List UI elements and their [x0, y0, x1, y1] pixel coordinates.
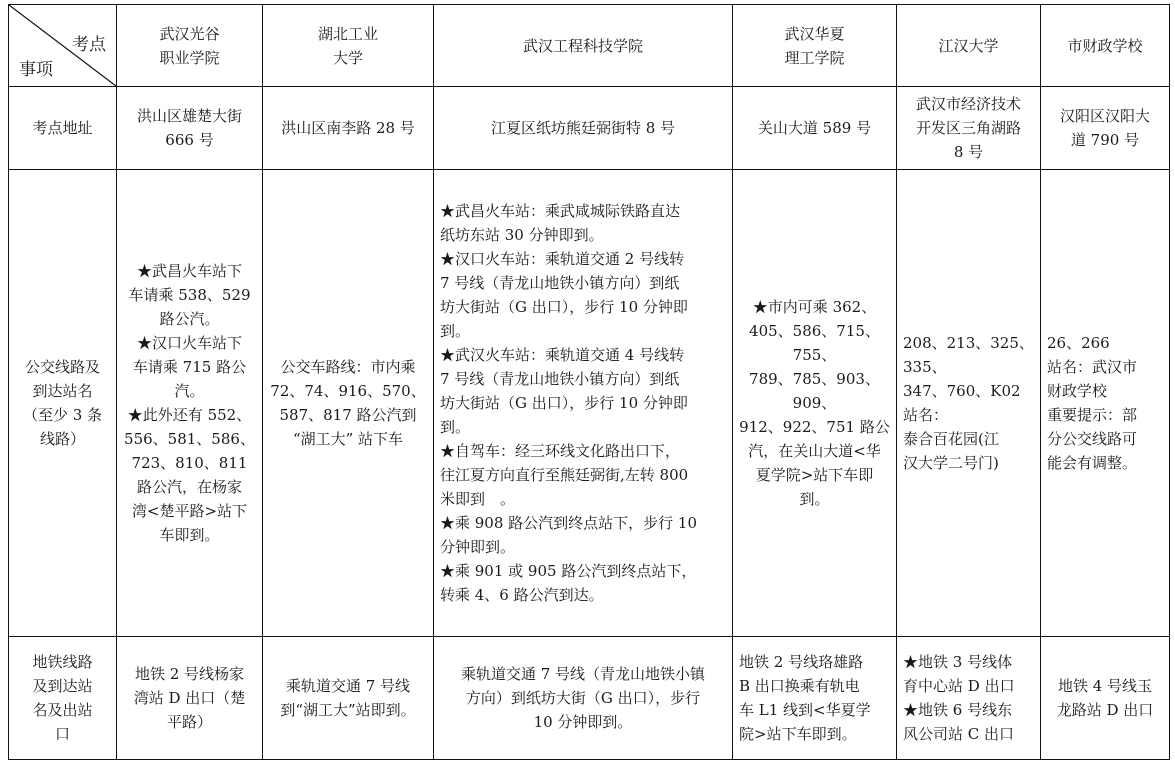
- table-cell: ★武昌火车站下车请乘 538、529路公汽。★汉口火车站下车请乘 715 路公汽…: [117, 170, 263, 637]
- cell-text-line: 泰合百花园(江: [903, 427, 1034, 451]
- cell-text-line: 开发区三角湖路: [903, 116, 1034, 140]
- cell-text-line: 财政学校: [1047, 379, 1163, 403]
- column-header-line: 职业学院: [123, 46, 256, 70]
- cell-text-line: 分公交线路可: [1047, 427, 1163, 451]
- corner-label-item: 事项: [19, 58, 53, 82]
- cell-text-line: ★汉口火车站：乘轨道交通 2 号线转: [440, 247, 726, 271]
- cell-text-line: ★武昌火车站：乘武咸城际铁路直达: [440, 199, 726, 223]
- column-header: 武汉工程科技学院: [434, 5, 733, 87]
- cell-text-line: 335、: [903, 355, 1034, 379]
- cell-text-line: 口: [15, 722, 110, 746]
- cell-text-line: 到“湖工大”站即到。: [269, 698, 427, 722]
- cell-text-line: ★市内可乘 362、: [739, 295, 890, 319]
- column-header-line: 武汉工程科技学院: [440, 34, 726, 58]
- cell-text-line: 72、74、916、570、: [269, 379, 427, 403]
- table-cell: 乘轨道交通 7 号线（青龙山地铁小镇方向）到纸坊大街（G 出口），步行10 分钟…: [434, 637, 733, 760]
- cell-text-line: ★乘 908 路公汽到终点站下，步行 10: [440, 511, 726, 535]
- cell-text-line: 乘轨道交通 7 号线（青龙山地铁小镇: [440, 662, 726, 686]
- cell-text-line: 公交车路线：市内乘: [269, 355, 427, 379]
- table-row-bus: 公交线路及到达站名（至少 3 条线路） ★武昌火车站下车请乘 538、529路公…: [9, 170, 1170, 637]
- cell-text-line: 考点地址: [15, 116, 110, 140]
- column-header: 市财政学校: [1041, 5, 1170, 87]
- cell-text-line: 汉大学二号门): [903, 451, 1034, 475]
- cell-text-line: 坊大街站（G 出口），步行 10 分钟即: [440, 391, 726, 415]
- cell-text-line: 洪山区雄楚大街: [123, 104, 256, 128]
- cell-text-line: 到达站名: [15, 379, 110, 403]
- cell-text-line: 666 号: [123, 128, 256, 152]
- column-header: 武汉华夏 理工学院: [733, 5, 897, 87]
- cell-text-line: 乘轨道交通 7 号线: [269, 674, 427, 698]
- cell-text-line: 公交线路及: [15, 355, 110, 379]
- table-cell: 洪山区雄楚大街666 号: [117, 87, 263, 170]
- column-header: 江汉大学: [897, 5, 1041, 87]
- cell-text-line: 坊大街站（G 出口），步行 10 分钟即: [440, 295, 726, 319]
- cell-text-line: “湖工大” 站下车: [269, 427, 427, 451]
- cell-text-line: 平路）: [123, 710, 256, 734]
- cell-text-line: ★武汉火车站：乘轨道交通 4 号线转: [440, 343, 726, 367]
- cell-text-line: 能会有调整。: [1047, 451, 1163, 475]
- cell-text-line: ★地铁 3 号线体: [903, 650, 1034, 674]
- table-row-address: 考点地址 洪山区雄楚大街666 号 洪山区南李路 28 号 江夏区纸坊熊廷弼街特…: [9, 87, 1170, 170]
- cell-text-line: 道 790 号: [1047, 128, 1163, 152]
- cell-text-line: 纸坊东站 30 分钟即到。: [440, 223, 726, 247]
- cell-text-line: 名及出站: [15, 698, 110, 722]
- cell-text-line: ★汉口火车站下: [123, 331, 256, 355]
- cell-text-line: 院>站下车即到。: [739, 722, 890, 746]
- cell-text-line: 8 号: [903, 140, 1034, 164]
- cell-text-line: ★自驾车：经三环线文化路出口下，: [440, 439, 726, 463]
- table-cell: 地铁 2 号线杨家湾站 D 出口（楚平路）: [117, 637, 263, 760]
- column-header-line: 市财政学校: [1047, 34, 1163, 58]
- column-header-line: 武汉光谷: [123, 22, 256, 46]
- cell-text-line: 到。: [440, 319, 726, 343]
- cell-text-line: 转乘 4、6 路公汽到达。: [440, 583, 726, 607]
- header-row: 考点 事项 武汉光谷 职业学院 湖北工业 大学 武汉工程科技学院 武汉华夏 理工…: [9, 5, 1170, 87]
- cell-text-line: ★地铁 6 号线东: [903, 698, 1034, 722]
- cell-text-line: 育中心站 D 出口: [903, 674, 1034, 698]
- cell-text-line: 汽。: [123, 379, 256, 403]
- row-label: 公交线路及到达站名（至少 3 条线路）: [9, 170, 117, 637]
- row-label: 地铁线路及到达站名及出站口: [9, 637, 117, 760]
- table-cell: 地铁 2 号线珞雄路B 出口换乘有轨电车 L1 线到<华夏学院>站下车即到。: [733, 637, 897, 760]
- cell-text-line: 912、922、751 路公: [739, 415, 890, 439]
- cell-text-line: 车 L1 线到<华夏学: [739, 698, 890, 722]
- cell-text-line: 车请乘 715 路公: [123, 355, 256, 379]
- cell-text-line: 米即到 。: [440, 487, 726, 511]
- cell-text-line: ★武昌火车站下: [123, 259, 256, 283]
- column-header-line: 江汉大学: [903, 34, 1034, 58]
- cell-text-line: 地铁 4 号线玉: [1047, 674, 1163, 698]
- cell-text-line: 587、817 路公汽到: [269, 403, 427, 427]
- column-header-line: 理工学院: [739, 46, 890, 70]
- cell-text-line: 湾站 D 出口（楚: [123, 686, 256, 710]
- cell-text-line: 地铁 2 号线珞雄路: [739, 650, 890, 674]
- corner-header-cell: 考点 事项: [9, 5, 117, 87]
- cell-text-line: 风公司站 C 出口: [903, 722, 1034, 746]
- cell-text-line: 347、760、K02: [903, 379, 1034, 403]
- cell-text-line: 关山大道 589 号: [739, 116, 890, 140]
- table-cell: 乘轨道交通 7 号线到“湖工大”站即到。: [263, 637, 434, 760]
- table-cell: ★武昌火车站：乘武咸城际铁路直达纸坊东站 30 分钟即到。★汉口火车站：乘轨道交…: [434, 170, 733, 637]
- cell-text-line: 208、213、325、: [903, 331, 1034, 355]
- cell-text-line: 路公汽。: [123, 307, 256, 331]
- table-cell: 洪山区南李路 28 号: [263, 87, 434, 170]
- exam-sites-table: 考点 事项 武汉光谷 职业学院 湖北工业 大学 武汉工程科技学院 武汉华夏 理工…: [8, 4, 1170, 760]
- cell-text-line: 龙路站 D 出口: [1047, 698, 1163, 722]
- cell-text-line: 7 号线（青龙山地铁小镇方向）到纸: [440, 271, 726, 295]
- cell-text-line: 夏学院>站下车即: [739, 463, 890, 487]
- cell-text-line: 及到达站: [15, 674, 110, 698]
- cell-text-line: 汉阳区汉阳大: [1047, 104, 1163, 128]
- cell-text-line: 723、810、811: [123, 451, 256, 475]
- cell-text-line: 分钟即到。: [440, 535, 726, 559]
- cell-text-line: ★此外还有 552、: [123, 403, 256, 427]
- cell-text-line: 江夏区纸坊熊廷弼街特 8 号: [440, 116, 726, 140]
- column-header: 武汉光谷 职业学院: [117, 5, 263, 87]
- cell-text-line: 地铁 2 号线杨家: [123, 662, 256, 686]
- cell-text-line: 重要提示：部: [1047, 403, 1163, 427]
- cell-text-line: 地铁线路: [15, 650, 110, 674]
- cell-text-line: 车请乘 538、529: [123, 283, 256, 307]
- cell-text-line: 到。: [739, 487, 890, 511]
- cell-text-line: 26、266: [1047, 331, 1163, 355]
- cell-text-line: 789、785、903、909、: [739, 367, 890, 415]
- table-cell: 公交车路线：市内乘72、74、916、570、587、817 路公汽到“湖工大”…: [263, 170, 434, 637]
- column-header-line: 大学: [269, 46, 427, 70]
- cell-text-line: 到。: [440, 415, 726, 439]
- cell-text-line: 武汉市经济技术: [903, 92, 1034, 116]
- table-cell: 208、213、325、335、347、760、K02站名：泰合百花园(江汉大学…: [897, 170, 1041, 637]
- cell-text-line: 站名：: [903, 403, 1034, 427]
- cell-text-line: 线路）: [15, 427, 110, 451]
- column-header-line: 武汉华夏: [739, 22, 890, 46]
- table-cell: 武汉市经济技术开发区三角湖路8 号: [897, 87, 1041, 170]
- cell-text-line: 路公汽，在杨家: [123, 475, 256, 499]
- cell-text-line: 方向）到纸坊大街（G 出口），步行: [440, 686, 726, 710]
- column-header: 湖北工业 大学: [263, 5, 434, 87]
- table-cell: ★地铁 3 号线体育中心站 D 出口★地铁 6 号线东风公司站 C 出口: [897, 637, 1041, 760]
- cell-text-line: 湾<楚平路>站下: [123, 499, 256, 523]
- table-cell: 关山大道 589 号: [733, 87, 897, 170]
- table-row-metro: 地铁线路及到达站名及出站口 地铁 2 号线杨家湾站 D 出口（楚平路） 乘轨道交…: [9, 637, 1170, 760]
- cell-text-line: 洪山区南李路 28 号: [269, 116, 427, 140]
- row-label: 考点地址: [9, 87, 117, 170]
- cell-text-line: B 出口换乘有轨电: [739, 674, 890, 698]
- table-cell: ★市内可乘 362、405、586、715、755、789、785、903、90…: [733, 170, 897, 637]
- cell-text-line: 556、581、586、: [123, 427, 256, 451]
- cell-text-line: 10 分钟即到。: [440, 710, 726, 734]
- cell-text-line: 汽，在关山大道<华: [739, 439, 890, 463]
- cell-text-line: 7 号线（青龙山地铁小镇方向）到纸: [440, 367, 726, 391]
- cell-text-line: 站名：武汉市: [1047, 355, 1163, 379]
- table-cell: 26、266站名：武汉市财政学校重要提示：部分公交线路可能会有调整。: [1041, 170, 1170, 637]
- cell-text-line: ★乘 901 或 905 路公汽到终点站下，: [440, 559, 726, 583]
- table-cell: 汉阳区汉阳大道 790 号: [1041, 87, 1170, 170]
- cell-text-line: 405、586、715、755、: [739, 319, 890, 367]
- cell-text-line: 往江夏方向直行至熊廷弼街,左转 800: [440, 463, 726, 487]
- cell-text-line: （至少 3 条: [15, 403, 110, 427]
- table-cell: 江夏区纸坊熊廷弼街特 8 号: [434, 87, 733, 170]
- corner-label-site: 考点: [72, 33, 106, 57]
- cell-text-line: 车即到。: [123, 523, 256, 547]
- column-header-line: 湖北工业: [269, 22, 427, 46]
- table-cell: 地铁 4 号线玉龙路站 D 出口: [1041, 637, 1170, 760]
